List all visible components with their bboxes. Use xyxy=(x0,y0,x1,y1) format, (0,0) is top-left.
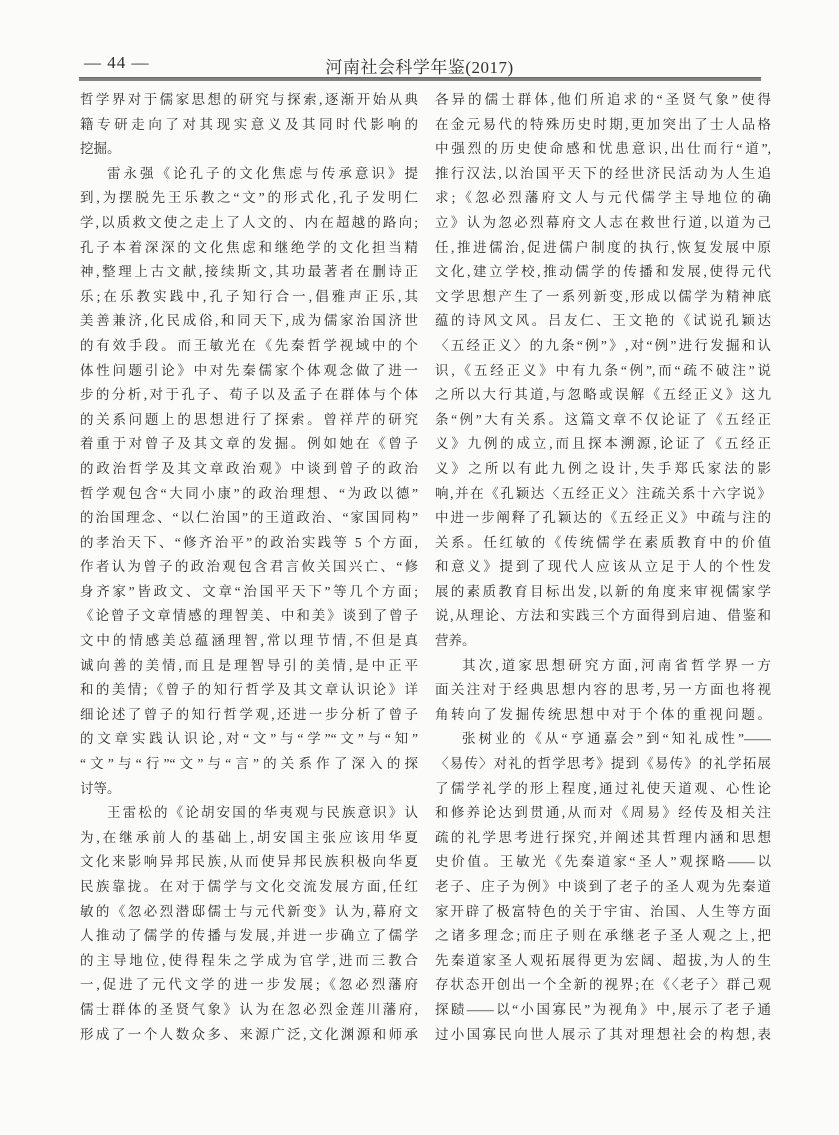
text-line: 步的分析,对于孔子、荀子以及孟子在群体与个体 xyxy=(80,383,418,408)
text-line: 敏的《忽必烈潜邸儒士与元代新变》认为,幕府文 xyxy=(80,900,418,925)
text-line: 的政治哲学及其文章政治观》中谈到曾子的政治 xyxy=(80,457,418,482)
text-line: 的孝治天下、“修齐治平”的政治实践等 5 个方面, xyxy=(80,531,418,556)
text-line: 体性问题引论》中对先秦儒家个体观念做了进一 xyxy=(80,359,418,384)
text-line: 各异的儒士群体,他们所追求的“圣贤气象”使得 xyxy=(435,88,771,113)
text-line: 角转向了发掘传统思想中对于个体的重视问题。 xyxy=(435,703,771,728)
text-line: 存状态开创出一个全新的视界;在《〈老子〉群己观 xyxy=(435,973,771,998)
text-line: 乐;在乐教实践中,孔子知行合一,倡雅声正乐,其 xyxy=(80,285,418,310)
text-line: 其次,道家思想研究方面,河南省哲学界一方 xyxy=(435,654,771,679)
text-line: 的主导地位,使得程朱之学成为官学,进而三教合 xyxy=(80,949,418,974)
text-line: 中进一步阐释了孔颖达的《五经正义》中疏与注的 xyxy=(435,506,771,531)
text-line: 为,在继承前人的基础上,胡安国主张应该用华夏 xyxy=(80,826,418,851)
text-line: 讨等。 xyxy=(80,777,418,802)
text-line: 营养。 xyxy=(435,629,771,654)
text-line: 形成了一个人数众多、来源广泛,文化渊源和师承 xyxy=(80,1023,418,1048)
text-line: 条“例”大有关系。这篇文章不仅论证了《五经正 xyxy=(435,408,771,433)
text-line: 作者认为曾子的政治观包含君言攸关国兴亡、“修 xyxy=(80,555,418,580)
text-line: 诚向善的美情,而且是理智导引的美情,是中正平 xyxy=(80,654,418,679)
text-line: 家开辟了极富特色的关于宇宙、治国、人生等方面 xyxy=(435,900,771,925)
text-line: 〈五经正义〉的九条“例”》,对“例”进行发掘和认 xyxy=(435,334,771,359)
text-line: 的文章实践认识论,对“文”与“学”“文”与“知” xyxy=(80,727,418,752)
text-line: 着重于对曾子及其文章的发掘。例如她在《曾子 xyxy=(80,432,418,457)
text-line: 挖掘。 xyxy=(80,137,418,162)
text-line: 探赜——以“小国寡民”为视角》中,展示了老子通 xyxy=(435,998,771,1023)
text-line: “文”与“行”“文”与“言”的关系作了深入的探 xyxy=(80,752,418,777)
text-line: 先秦道家圣人观拓展得更为宏阔、超拔,为人的生 xyxy=(435,949,771,974)
text-line: 文化,建立学校,推动儒学的传播和发展,使得元代 xyxy=(435,260,771,285)
text-line: 蕴的诗风文风。吕友仁、王文艳的《试说孔颖达 xyxy=(435,309,771,334)
left-text-column: 哲学界对于儒家思想的研究与探索,逐渐开始从典籍专研走向了对其现实意义及其同时代影… xyxy=(80,88,418,1047)
text-line: 老子、庄子为例》中谈到了老子的圣人观为先秦道 xyxy=(435,875,771,900)
text-line: 的有效手段。而王敏光在《先秦哲学视域中的个 xyxy=(80,334,418,359)
text-line: 说,从理论、方法和实践三个方面得到启迪、借鉴和 xyxy=(435,604,771,629)
text-line: 雷永强《论孔子的文化焦虑与传承意识》提 xyxy=(80,162,418,187)
text-line: 面关注对于经典思想内容的思考,另一方面也将视 xyxy=(435,678,771,703)
text-line: 《论曾子文章情感的理智美、中和美》谈到了曾子 xyxy=(80,604,418,629)
text-line: 张树业的《从“亨通嘉会”到“知礼成性”—— xyxy=(435,727,771,752)
text-line: 求;《忽必烈藩府文人与元代儒学主导地位的确 xyxy=(435,186,771,211)
text-line: 推行汉法,以治国平天下的经世济民活动为人生追 xyxy=(435,162,771,187)
text-line: 细论述了曾子的知行哲学观,还进一步分析了曾子 xyxy=(80,703,418,728)
text-line: 身齐家”皆政文、文章“治国平天下”等几个方面; xyxy=(80,580,418,605)
text-line: 识,《五经正义》中有九条“例”,而“疏不破注”说 xyxy=(435,359,771,384)
text-line: 响,并在《孔颖达〈五经正义〉注疏关系十六字说》 xyxy=(435,482,771,507)
text-line: 民族靠拢。在对于儒学与文化交流发展方面,任红 xyxy=(80,875,418,900)
text-line: 到,为摆脱先王乐教之“文”的形式化,孔子发明仁 xyxy=(80,186,418,211)
text-line: 一,促进了元代文学的进一步发展;《忽必烈藩府 xyxy=(80,973,418,998)
text-line: 〈易传〉对礼的哲学思考》提到《易传》的礼学拓展 xyxy=(435,752,771,777)
text-line: 学,以质救文使之走上了人文的、内在超越的路向; xyxy=(80,211,418,236)
text-line: 史价值。王敏光《先秦道家“圣人”观探略——以 xyxy=(435,850,771,875)
text-line: 任,推进儒治,促进儒户制度的执行,恢复发展中原 xyxy=(435,236,771,261)
text-line: 儒士群体的圣贤气象》认为在忽必烈金莲川藩府, xyxy=(80,998,418,1023)
text-line: 美善兼济,化民成俗,和同天下,成为儒家治国济世 xyxy=(80,309,418,334)
text-line: 神,整理上古文献,接续斯文,其功最著者在删诗正 xyxy=(80,260,418,285)
text-line: 义》九例的成立,而且探本溯源,论证了《五经正 xyxy=(435,432,771,457)
text-line: 和修养论达到贯通,从而对《周易》经传及相关注 xyxy=(435,801,771,826)
text-line: 立》认为忽必烈幕府文人志在救世行道,以道为己 xyxy=(435,211,771,236)
scanned-document-page: — 44 — 河南社会科学年鉴(2017) 哲学界对于儒家思想的研究与探索,逐渐… xyxy=(0,0,839,1135)
text-line: 关系。任红敏的《传统儒学在素质教育中的价值 xyxy=(435,531,771,556)
text-line: 中强烈的历史使命感和忧患意识,出仕而行“道”, xyxy=(435,137,771,162)
text-line: 文化来影响异邦民族,从而使异邦民族积极向华夏 xyxy=(80,850,418,875)
text-line: 和意义》提到了现代人应该从立足于人的个性发 xyxy=(435,555,771,580)
text-line: 展的素质教育目标出发,以新的角度来审视儒家学 xyxy=(435,580,771,605)
text-line: 文中的情感美总蕴涵理智,常以理节情,不但是真 xyxy=(80,629,418,654)
text-line: 文学思想产生了一系列新变,形成以儒学为精神底 xyxy=(435,285,771,310)
header-rule xyxy=(79,77,761,81)
text-line: 的治国理念、“以仁治国”的王道政治、“家国同构” xyxy=(80,506,418,531)
right-text-column: 各异的儒士群体,他们所追求的“圣贤气象”使得在金元易代的特殊历史时期,更加突出了… xyxy=(435,88,771,1047)
text-line: 的关系问题上的思想进行了探索。曾祥芹的研究 xyxy=(80,408,418,433)
text-line: 籍专研走向了对其现实意义及其同时代影响的 xyxy=(80,113,418,138)
text-line: 人推动了儒学的传播与发展,并进一步确立了儒学 xyxy=(80,924,418,949)
text-line: 义》之所以有此九例之设计,失手郑氏家法的影 xyxy=(435,457,771,482)
text-line: 哲学观包含“大同小康”的政治理想、“为政以德” xyxy=(80,482,418,507)
text-line: 过小国寡民向世人展示了其对理想社会的构想,表 xyxy=(435,1023,771,1048)
text-line: 之诸多理念;而庄子则在承继老子圣人观之上,把 xyxy=(435,924,771,949)
text-line: 之所以大行其道,与忽略或误解《五经正义》这九 xyxy=(435,383,771,408)
text-line: 了儒学礼学的形上程度,通过礼使天道观、心性论 xyxy=(435,777,771,802)
text-line: 哲学界对于儒家思想的研究与探索,逐渐开始从典 xyxy=(80,88,418,113)
text-line: 疏的礼学思考进行探究,并阐述其哲理内涵和思想 xyxy=(435,826,771,851)
text-line: 孔子本着深深的文化焦虑和继绝学的文化担当精 xyxy=(80,236,418,261)
journal-title: 河南社会科学年鉴(2017) xyxy=(0,53,839,78)
text-line: 王雷松的《论胡安国的华夷观与民族意识》认 xyxy=(80,801,418,826)
text-line: 和的美情;《曾子的知行哲学及其文章认识论》详 xyxy=(80,678,418,703)
text-line: 在金元易代的特殊历史时期,更加突出了士人品格 xyxy=(435,113,771,138)
